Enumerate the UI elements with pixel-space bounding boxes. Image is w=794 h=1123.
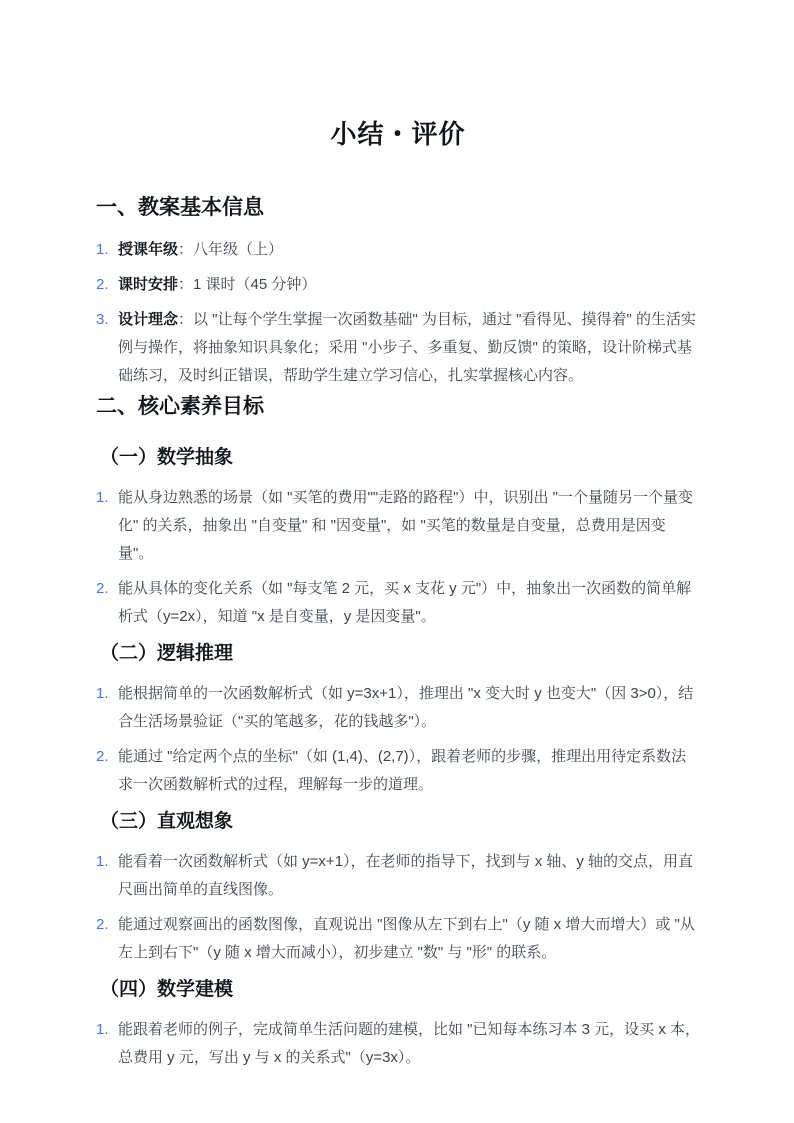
logical-reasoning-goal-list: 1. 能根据简单的一次函数解析式（如 y=3x+1），推理出 "x 变大时 y …	[96, 680, 700, 799]
list-item-text: 能根据简单的一次函数解析式（如 y=3x+1），推理出 "x 变大时 y 也变大…	[118, 680, 700, 736]
list-item-text: 能跟着老师的例子，完成简单生活问题的建模，比如 "已知每本练习本 3 元，设买 …	[118, 1016, 700, 1072]
list-item-number: 3.	[96, 306, 118, 334]
list-item-number: 1.	[96, 1016, 118, 1044]
list-item-number: 1.	[96, 236, 118, 264]
section-heading-basic-info: 一、教案基本信息	[96, 194, 700, 222]
list-item-number: 2.	[96, 743, 118, 771]
list-item-number: 2.	[96, 271, 118, 299]
list-item: 1. 能看着一次函数解析式（如 y=x+1），在老师的指导下，找到与 x 轴、y…	[96, 848, 700, 904]
list-item-text: 设计理念：以 "让每个学生掌握一次函数基础" 为目标，通过 "看得见、摸得着" …	[118, 306, 700, 390]
math-abstraction-goal-list: 1. 能从身边熟悉的场景（如 "买笔的费用""走路的路程"）中，识别出 "一个量…	[96, 484, 700, 631]
list-item-value: ：1 课时（45 分钟）	[178, 276, 316, 293]
list-item-label: 授课年级	[118, 241, 178, 258]
list-item-label: 设计理念	[118, 311, 178, 328]
list-item-value: ：八年级（上）	[178, 241, 283, 258]
list-item-text: 授课年级：八年级（上）	[118, 236, 700, 264]
list-item-text: 能通过 "给定两个点的坐标"（如 (1,4)、(2,7)），跟着老师的步骤，推理…	[118, 743, 700, 799]
list-item-text: 能从身边熟悉的场景（如 "买笔的费用""走路的路程"）中，识别出 "一个量随另一…	[118, 484, 700, 568]
list-item-value: ：以 "让每个学生掌握一次函数基础" 为目标，通过 "看得见、摸得着" 的生活实…	[118, 311, 696, 384]
document-page: 小结・评价 一、教案基本信息 1. 授课年级：八年级（上） 2. 课时安排：1 …	[0, 0, 794, 1123]
visual-imagination-goal-list: 1. 能看着一次函数解析式（如 y=x+1），在老师的指导下，找到与 x 轴、y…	[96, 848, 700, 967]
list-item-number: 2.	[96, 575, 118, 603]
math-modeling-goal-list: 1. 能跟着老师的例子，完成简单生活问题的建模，比如 "已知每本练习本 3 元，…	[96, 1016, 700, 1072]
subsection-heading-logical-reasoning: （二）逻辑推理	[100, 641, 700, 667]
list-item-number: 1.	[96, 680, 118, 708]
subsection-heading-math-modeling: （四）数学建模	[100, 977, 700, 1003]
subsection-heading-math-abstraction: （一）数学抽象	[100, 445, 700, 471]
list-item: 1. 能根据简单的一次函数解析式（如 y=3x+1），推理出 "x 变大时 y …	[96, 680, 700, 736]
list-item-text: 能看着一次函数解析式（如 y=x+1），在老师的指导下，找到与 x 轴、y 轴的…	[118, 848, 700, 904]
subsection-heading-visual-imagination: （三）直观想象	[100, 809, 700, 835]
list-item: 1. 能从身边熟悉的场景（如 "买笔的费用""走路的路程"）中，识别出 "一个量…	[96, 484, 700, 568]
list-item-label: 课时安排	[118, 276, 178, 293]
list-item: 3. 设计理念：以 "让每个学生掌握一次函数基础" 为目标，通过 "看得见、摸得…	[96, 306, 700, 390]
document-title: 小结・评价	[96, 118, 700, 150]
list-item-text: 能从具体的变化关系（如 "每支笔 2 元，买 x 支花 y 元"）中，抽象出一次…	[118, 575, 700, 631]
section-heading-core-goals: 二、核心素养目标	[96, 393, 700, 421]
list-item-number: 2.	[96, 911, 118, 939]
list-item: 2. 课时安排：1 课时（45 分钟）	[96, 271, 700, 299]
list-item: 1. 授课年级：八年级（上）	[96, 236, 700, 264]
basic-info-list: 1. 授课年级：八年级（上） 2. 课时安排：1 课时（45 分钟） 3. 设计…	[96, 236, 700, 390]
list-item-number: 1.	[96, 848, 118, 876]
list-item: 2. 能通过 "给定两个点的坐标"（如 (1,4)、(2,7)），跟着老师的步骤…	[96, 743, 700, 799]
list-item: 2. 能从具体的变化关系（如 "每支笔 2 元，买 x 支花 y 元"）中，抽象…	[96, 575, 700, 631]
list-item-number: 1.	[96, 484, 118, 512]
list-item: 1. 能跟着老师的例子，完成简单生活问题的建模，比如 "已知每本练习本 3 元，…	[96, 1016, 700, 1072]
list-item: 2. 能通过观察画出的函数图像，直观说出 "图像从左下到右上"（y 随 x 增大…	[96, 911, 700, 967]
list-item-text: 课时安排：1 课时（45 分钟）	[118, 271, 700, 299]
list-item-text: 能通过观察画出的函数图像，直观说出 "图像从左下到右上"（y 随 x 增大而增大…	[118, 911, 700, 967]
